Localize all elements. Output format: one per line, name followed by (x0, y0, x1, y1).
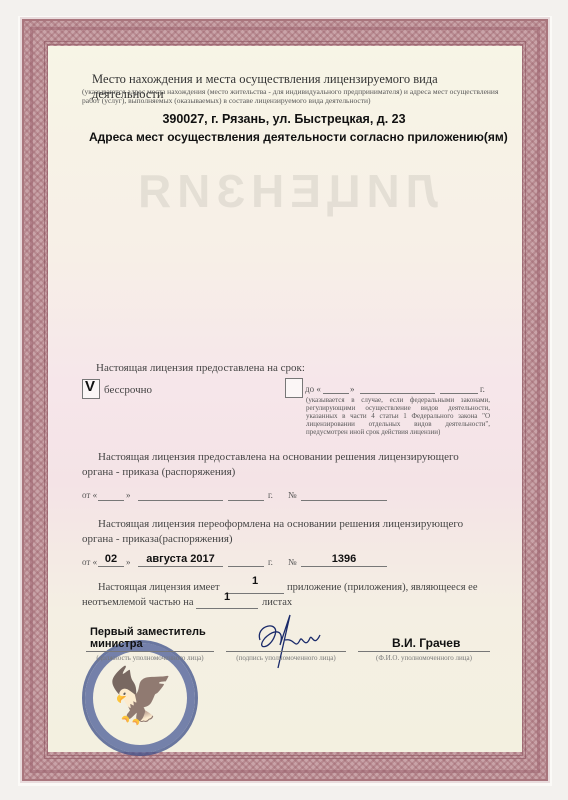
signatory-name: В.И. Грачев (392, 636, 460, 650)
granted-number-line (301, 500, 387, 501)
reissued-text-line2: органа - приказа(распоряжения) (82, 533, 233, 545)
granted-from-prefix: от « (82, 490, 97, 500)
until-prefix: до « (305, 384, 321, 394)
reissued-month-line (138, 566, 223, 567)
granted-month-line (138, 500, 223, 501)
sheet-count: 1 (196, 591, 258, 603)
reissued-month-year: августа 2017 (138, 553, 223, 565)
reissued-year-line (228, 566, 264, 567)
granted-text-line2: органа - приказа (распоряжения) (82, 466, 235, 478)
until-month-line (360, 393, 435, 394)
appendix-line2-suffix: листах (262, 597, 292, 608)
granted-quote: » (126, 490, 131, 500)
reissued-number-line (301, 566, 387, 567)
granted-text-line1: Настоящая лицензия предоставлена на осно… (98, 451, 459, 463)
sheet-count-line (196, 608, 258, 609)
position-caption: (должность уполномоченного лица) (86, 654, 214, 662)
check-mark-icon: V (85, 378, 95, 395)
granted-year-line (228, 500, 264, 501)
unlimited-checkbox[interactable]: V (82, 379, 100, 399)
appendix-count: 1 (226, 575, 284, 587)
appendix-line2-prefix: неотъемлемой частью на (82, 597, 193, 608)
signature-caption: (подпись уполномоченного лица) (226, 654, 346, 662)
signature-line (226, 651, 346, 652)
until-day-line (323, 393, 349, 394)
appendix-line1-suffix: приложение (приложения), являющееся ее (287, 582, 478, 593)
coat-of-arms-eagle-icon: 🦅 (107, 661, 173, 731)
license-address: 390027, г. Рязань, ул. Быстрецкая, д. 23 (0, 112, 568, 126)
reissued-year-suffix: г. (268, 557, 273, 567)
until-year-line (440, 393, 478, 394)
name-line (358, 651, 490, 652)
reissued-quote: » (126, 557, 131, 567)
bleed-through-title: ЛИЦЕНЗИЯ (48, 164, 522, 218)
reissued-day: 02 (98, 553, 124, 565)
reissued-text-line1: Настоящая лицензия переоформлена на осно… (98, 518, 463, 530)
granted-number-prefix: № (288, 490, 297, 500)
location-note: (указываются адрес места нахождения (мес… (82, 87, 512, 105)
reissued-day-line (98, 566, 124, 567)
signatory-position-line2: министра (90, 638, 143, 650)
term-heading: Настоящая лицензия предоставлена на срок… (96, 362, 305, 374)
until-quote: » (350, 384, 355, 394)
granted-day-line (98, 500, 124, 501)
until-year-suffix: г. (480, 384, 485, 394)
signatory-position-line1: Первый заместитель (90, 626, 206, 638)
granted-year-suffix: г. (268, 490, 273, 500)
unlimited-label: бессрочно (104, 384, 152, 396)
reissued-number: 1396 (301, 553, 387, 565)
until-checkbox[interactable] (285, 378, 303, 398)
position-line (86, 651, 214, 652)
reissued-number-prefix: № (288, 557, 297, 567)
name-caption: (Ф.И.О. уполномоченного лица) (358, 654, 490, 662)
addresses-note: Адреса мест осуществления деятельности с… (89, 130, 508, 144)
until-note: (указывается в случае, если федеральными… (306, 396, 490, 436)
reissued-from-prefix: от « (82, 557, 97, 567)
